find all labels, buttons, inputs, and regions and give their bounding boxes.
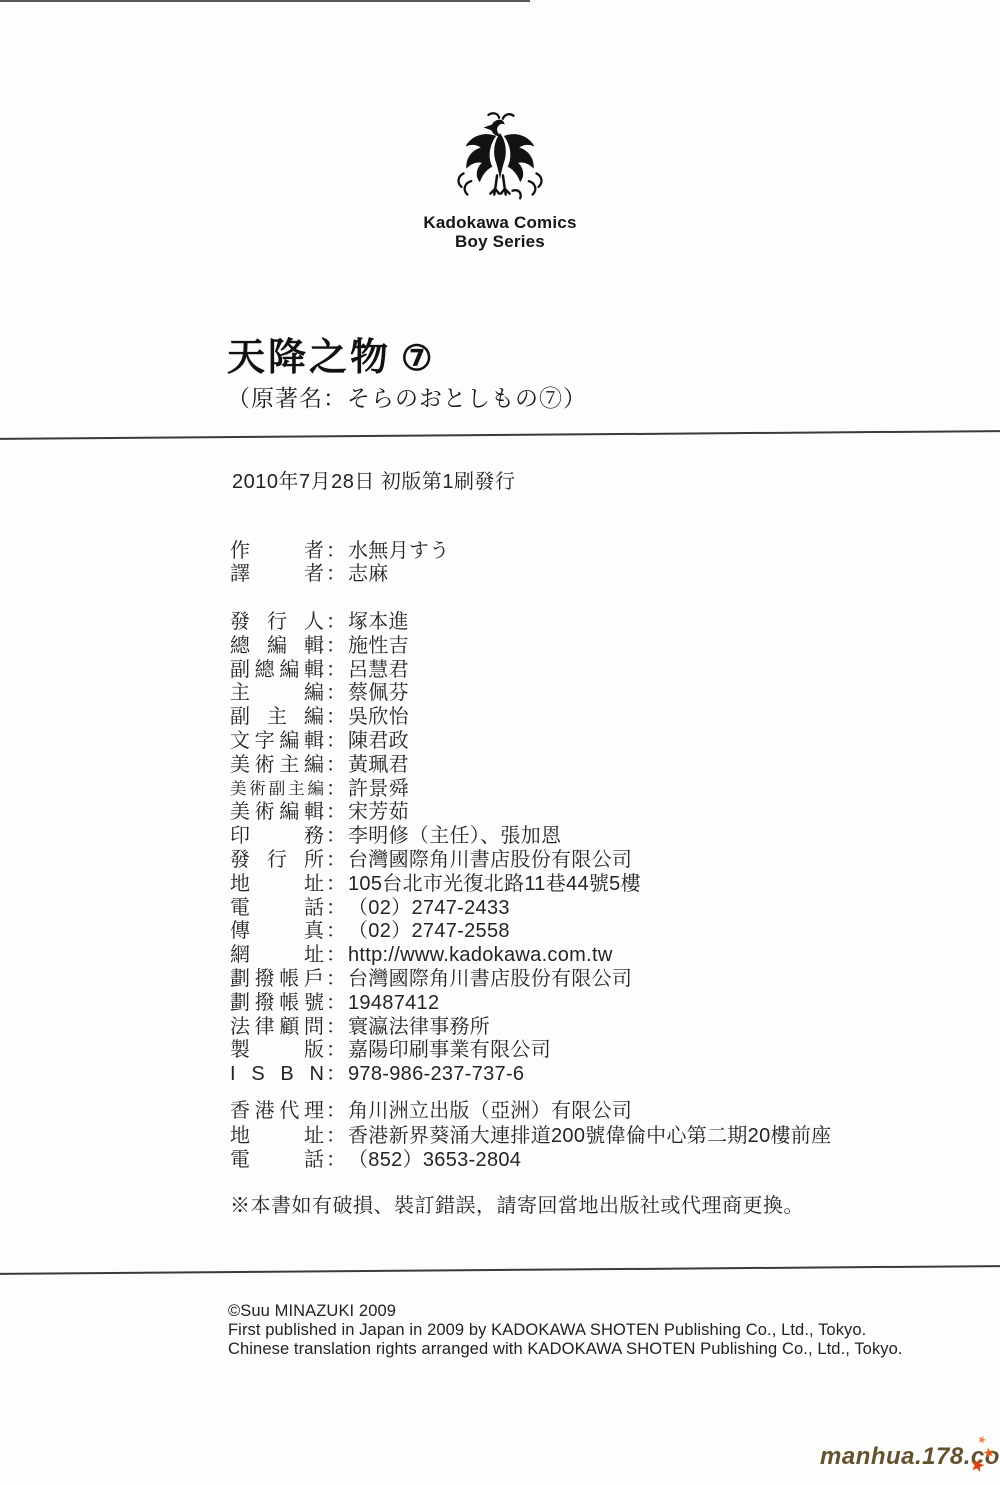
credit-row: 劃撥帳戶：台灣國際角川書店股份有限公司 xyxy=(230,968,641,992)
credit-row: 傳真：（02）2747-2558 xyxy=(230,920,641,944)
colon-separator: ： xyxy=(326,873,346,897)
colon-separator: ： xyxy=(326,1099,346,1124)
scan-artifact-line xyxy=(0,0,530,2)
colon-separator: ： xyxy=(326,611,346,635)
credit-value: 塚本進 xyxy=(348,611,409,633)
credit-row: 印務：李明修（主任）、張加恩 xyxy=(230,825,641,849)
credit-row: 發行人：塚本進 xyxy=(230,611,641,635)
credit-label: 印務 xyxy=(230,825,324,849)
colon-separator: ： xyxy=(326,1016,346,1040)
credit-value: 李明修（主任）、張加恩 xyxy=(348,825,561,847)
colon-separator: ： xyxy=(326,992,346,1016)
credit-label: 副主編 xyxy=(230,706,324,730)
credit-row: 地址：105台北市光復北路11巷44號5樓 xyxy=(230,873,641,897)
credit-row: 美術副主編：許景舜 xyxy=(230,778,641,802)
colon-separator: ： xyxy=(326,682,346,706)
watermark: manhua.178.com ★ ★ ★ xyxy=(820,1444,1000,1484)
credit-value: 香港新界葵涌大連排道200號偉倫中心第二期20樓前座 xyxy=(348,1125,831,1147)
colon-separator: ： xyxy=(326,1124,346,1149)
credit-value: 陳君政 xyxy=(348,730,409,752)
colon-separator: ： xyxy=(326,730,346,754)
colon-separator: ： xyxy=(326,1063,346,1087)
divider-top xyxy=(0,430,1000,440)
credit-label: 作者 xyxy=(230,540,324,563)
colon-separator: ： xyxy=(326,1148,346,1173)
credit-row: 作者：水無月すう xyxy=(230,540,450,563)
credit-label: 電話 xyxy=(230,897,324,921)
credit-label: 總編輯 xyxy=(230,635,324,659)
credit-row: 美術編輯：宋芳茹 xyxy=(230,801,641,825)
credit-value: 黃珮君 xyxy=(348,754,409,776)
credit-label: 發行所 xyxy=(230,849,324,873)
colon-separator: ： xyxy=(326,897,346,921)
credit-value: 105台北市光復北路11巷44號5樓 xyxy=(348,873,641,895)
credit-value: 呂慧君 xyxy=(348,659,409,681)
credit-row: 發行所：台灣國際角川書店股份有限公司 xyxy=(230,849,641,873)
original-title: （原著名：そらのおとしもの⑦） xyxy=(227,385,587,412)
credit-row: 主編：蔡佩芬 xyxy=(230,682,641,706)
credit-label: 劃撥帳戶 xyxy=(230,968,324,992)
credit-label: 美術編輯 xyxy=(230,801,324,825)
colon-separator: ： xyxy=(326,778,346,802)
title-block: 天降之物⑦ （原著名：そらのおとしもの⑦） xyxy=(227,336,587,412)
hk-agent-block: 香港代理：角川洲立出版（亞洲）有限公司 地址：香港新界葵涌大連排道200號偉倫中… xyxy=(230,1099,831,1173)
credit-label: 譯者 xyxy=(230,563,324,586)
credit-value: 寰瀛法律事務所 xyxy=(348,1016,490,1038)
volume-number-badge: ⑦ xyxy=(401,339,432,378)
credit-label: 電話 xyxy=(230,1148,324,1173)
colon-separator: ： xyxy=(326,706,346,730)
author-block: 作者：水無月すう 譯者：志麻 xyxy=(230,540,450,586)
edition-date-line: 2010年7月28日 初版第1刷發行 xyxy=(232,465,516,494)
book-title: 天降之物⑦ xyxy=(227,336,587,381)
credit-row: 譯者：志麻 xyxy=(230,563,450,586)
credit-row: 美術主編：黃珮君 xyxy=(230,754,641,778)
phoenix-logo-icon xyxy=(451,112,549,208)
credit-row: 劃撥帳號：19487412 xyxy=(230,992,641,1016)
credit-label: 地址 xyxy=(230,1124,324,1149)
damage-replacement-notice: ※本書如有破損、裝訂錯誤，請寄回當地出版社或代理商更換。 xyxy=(230,1189,804,1218)
star-icon: ★ xyxy=(968,1455,987,1475)
credit-value: 宋芳茹 xyxy=(348,801,409,823)
credit-value: （02）2747-2433 xyxy=(348,897,510,919)
colon-separator: ： xyxy=(326,968,346,992)
credit-label: 地址 xyxy=(230,873,324,897)
credit-value: 水無月すう xyxy=(348,540,450,562)
credit-row: I S B N：978-986-237-737-6 xyxy=(230,1063,641,1087)
credit-label: 法律顧問 xyxy=(230,1016,324,1040)
colon-separator: ： xyxy=(326,944,346,968)
credit-row: 製版：嘉陽印刷事業有限公司 xyxy=(230,1039,641,1063)
credit-row: 法律顧問：寰瀛法律事務所 xyxy=(230,1016,641,1040)
copyright-line: ©Suu MINAZUKI 2009 xyxy=(228,1302,903,1321)
colon-separator: ： xyxy=(326,1039,346,1063)
logo-series-line2: Boy Series xyxy=(0,232,1000,251)
divider-bottom xyxy=(0,1265,1000,1275)
credit-value: http://www.kadokawa.com.tw xyxy=(348,944,613,966)
credit-value: （02）2747-2558 xyxy=(348,920,510,942)
credit-label: 美術主編 xyxy=(230,754,324,778)
credit-value: 吳欣怡 xyxy=(348,706,409,728)
credit-value: 許景舜 xyxy=(348,778,409,800)
copyright-line: Chinese translation rights arranged with… xyxy=(228,1340,903,1359)
credit-label: 網址 xyxy=(230,944,324,968)
credit-value: 台灣國際角川書店股份有限公司 xyxy=(348,849,632,871)
credit-label: 傳真 xyxy=(230,920,324,944)
credit-label: I S B N xyxy=(230,1063,324,1087)
credit-label: 香港代理 xyxy=(230,1099,324,1124)
colon-separator: ： xyxy=(326,563,346,586)
credit-row: 網址：http://www.kadokawa.com.tw xyxy=(230,944,641,968)
colon-separator: ： xyxy=(326,801,346,825)
credit-label: 副總編輯 xyxy=(230,659,324,683)
credit-label: 製版 xyxy=(230,1039,324,1063)
colon-separator: ： xyxy=(326,920,346,944)
credit-label: 美術副主編 xyxy=(230,778,324,802)
credit-value: 角川洲立出版（亞洲）有限公司 xyxy=(348,1100,632,1122)
colon-separator: ： xyxy=(326,849,346,873)
credit-value: 台灣國際角川書店股份有限公司 xyxy=(348,968,632,990)
credit-value: 蔡佩芬 xyxy=(348,682,409,704)
credits-block: 發行人：塚本進 總編輯：施性吉 副總編輯：呂慧君 主編：蔡佩芬 副主編：吳欣怡 … xyxy=(230,611,641,1087)
copyright-block: ©Suu MINAZUKI 2009 First published in Ja… xyxy=(228,1302,903,1359)
credit-row: 地址：香港新界葵涌大連排道200號偉倫中心第二期20樓前座 xyxy=(230,1124,831,1149)
credit-row: 總編輯：施性吉 xyxy=(230,635,641,659)
credit-value: 施性吉 xyxy=(348,635,409,657)
book-title-text: 天降之物 xyxy=(227,337,391,379)
copyright-line: First published in Japan in 2009 by KADO… xyxy=(228,1321,903,1340)
colon-separator: ： xyxy=(326,825,346,849)
credit-value: 19487412 xyxy=(348,992,439,1014)
colophon-page: Kadokawa Comics Boy Series 天降之物⑦ （原著名：そら… xyxy=(0,0,1000,1485)
credit-label: 發行人 xyxy=(230,611,324,635)
publisher-logo-block: Kadokawa Comics Boy Series xyxy=(0,112,1000,251)
credit-value: 嘉陽印刷事業有限公司 xyxy=(348,1039,551,1061)
credit-value: 志麻 xyxy=(348,563,389,585)
colon-separator: ： xyxy=(326,635,346,659)
credit-label: 劃撥帳號 xyxy=(230,992,324,1016)
credit-row: 香港代理：角川洲立出版（亞洲）有限公司 xyxy=(230,1099,831,1124)
credit-row: 電話：（02）2747-2433 xyxy=(230,897,641,921)
credit-value: （852）3653-2804 xyxy=(348,1149,521,1171)
credit-row: 副總編輯：呂慧君 xyxy=(230,659,641,683)
colon-separator: ： xyxy=(326,659,346,683)
credit-row: 電話：（852）3653-2804 xyxy=(230,1148,831,1173)
credit-label: 文字編輯 xyxy=(230,730,324,754)
credit-row: 文字編輯：陳君政 xyxy=(230,730,641,754)
credit-label: 主編 xyxy=(230,682,324,706)
credit-row: 副主編：吳欣怡 xyxy=(230,706,641,730)
colon-separator: ： xyxy=(326,754,346,778)
credit-value: 978-986-237-737-6 xyxy=(348,1063,524,1085)
logo-series-line1: Kadokawa Comics xyxy=(0,213,1000,232)
colon-separator: ： xyxy=(326,540,346,563)
